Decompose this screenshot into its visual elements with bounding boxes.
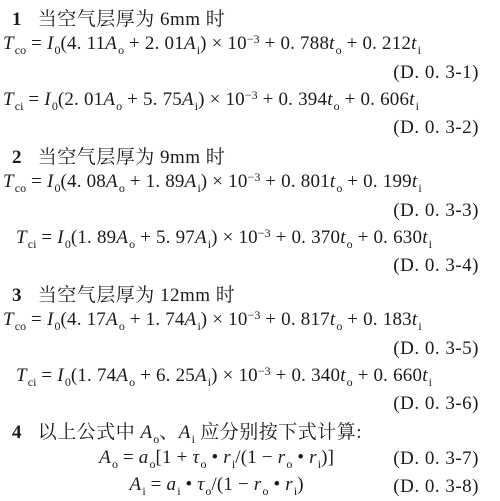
subscript: i [416,99,419,113]
formula-text: (2. 01 [58,89,104,110]
variable: A [106,171,119,192]
section-heading: 2当空气层厚为 9mm 时 [0,142,479,170]
section-heading: 4以上公式中 Ao、Ai 应分别按下式计算: [0,418,479,446]
variable: I [44,89,52,110]
variable: A [116,365,129,386]
formula-text: + 0. 606 [340,89,410,110]
formula-text: + 0. 788 [260,33,330,54]
formula-line: Tci = I0(1. 74Ao + 6. 25Ai) × 10−3 + 0. … [0,363,479,391]
formula-text: + 5. 97 [135,227,195,248]
subscript: co [15,319,26,333]
variable: A [185,171,198,192]
subscript: i [429,375,432,389]
variable: r [285,474,294,495]
variable: I [57,365,65,386]
chinese-text: 、 [159,422,179,443]
formula-line: Tco = I0(4. 08Ao + 1. 89Ai) × 10−3 + 0. … [0,170,479,198]
variable: T [3,33,15,54]
formula-text: ) × 10 [211,365,258,386]
subscript: co [15,43,26,57]
variable: a [167,474,178,495]
formula-text: (4. 11 [60,33,105,54]
variable: A [106,309,119,330]
equation-number: (D. 0. 3-8) [393,476,479,498]
formula-text: ) [297,474,304,495]
formula-text: • [207,447,224,468]
subscript: i [418,319,421,333]
formula: Tci = I0(1. 89Ao + 5. 97Ai) × 10−3 + 0. … [16,226,432,252]
chinese-text: 当空气层厚为 6mm 时 [38,9,226,30]
equation-number: (D. 0. 3-5) [393,338,479,360]
subscript: co [15,181,26,195]
formula-line: Tci = I0(1. 89Ao + 5. 97Ai) × 10−3 + 0. … [0,225,479,253]
formula-text: (4. 17 [60,309,106,330]
superscript: −3 [248,308,261,322]
formula-text: • [181,474,198,495]
formula-text: + 0. 183 [342,309,412,330]
equation-number: (D. 0. 3-7) [393,448,479,470]
formula-text: + 1. 74 [125,309,185,330]
equation-number-line: (D. 0. 3-4) [0,252,479,280]
formula-text: + 0. 817 [260,309,330,330]
formula: Tco = I0(4. 08Ao + 1. 89Ai) × 10−3 + 0. … [3,170,422,196]
formula-text: (4. 08 [60,171,106,192]
variable: A [179,422,192,443]
formula-text: + 0. 660 [353,365,423,386]
formula-text: ) × 10 [201,309,248,330]
heading-text: 4以上公式中 Ao、Ai 应分别按下式计算: [12,417,362,447]
formula-text: )] [321,447,334,468]
subscript: i [429,237,432,251]
formula: Tco = I0(4. 17Ao + 1. 74Ai) × 10−3 + 0. … [3,308,422,334]
equation-number-line: (D. 0. 3-6) [0,390,479,418]
formula-text: = [26,171,47,192]
variable: A [185,309,198,330]
subscript: i [418,181,421,195]
variable: τ [193,447,201,468]
variable: A [116,227,129,248]
section-heading: 1当空气层厚为 6mm 时 [0,4,479,32]
subscript: i [418,43,421,57]
heading-text: 2当空气层厚为 9mm 时 [12,142,225,169]
formula-text: + 6. 25 [135,365,195,386]
formula-text: = [26,33,47,54]
variable: T [16,227,28,248]
formula-text: • [292,447,309,468]
section-number: 2 [12,147,22,168]
variable: A [105,33,118,54]
formula-text: ) × 10 [200,33,247,54]
equation-number: (D. 0. 3-2) [393,117,479,139]
formula-text: = [118,447,139,468]
formula-text: + 1. 89 [125,171,185,192]
equation-number-line: (D. 0. 3-5) [0,335,479,363]
heading-text: 3当空气层厚为 12mm 时 [12,280,235,307]
equation-number: (D. 0. 3-6) [393,393,479,415]
variable: A [184,33,197,54]
formula-text: + 0. 212 [342,33,412,54]
formula: Tci = I0(1. 74Ao + 6. 25Ai) × 10−3 + 0. … [16,364,432,390]
formula: Ao = ao[1 + τo • ri/(1 − ro • ri)] [0,447,393,472]
formula-text: = [26,309,47,330]
formula-text: + 5. 75 [122,89,182,110]
formula-text: ) × 10 [211,227,258,248]
variable: A [99,447,112,468]
formula: Ai = ai • τo/(1 − ro • ri) [0,474,393,499]
formula-text: = [36,365,57,386]
variable: T [3,309,15,330]
formula-line: Tci = I0(2. 01Ao + 5. 75Ai) × 10−3 + 0. … [0,87,479,115]
equation-number: (D. 0. 3-1) [393,62,479,84]
chinese-text: 当空气层厚为 12mm 时 [38,285,236,306]
formula-text: /(1 − [235,447,278,468]
variable: A [140,422,153,443]
variable: A [103,89,116,110]
formula: Tci = I0(2. 01Ao + 5. 75Ai) × 10−3 + 0. … [3,88,419,114]
variable: r [254,474,263,495]
superscript: −3 [248,170,261,184]
section-number: 4 [12,422,22,443]
superscript: −3 [245,88,258,102]
formula-line: Tco = I0(4. 17Ao + 1. 74Ai) × 10−3 + 0. … [0,308,479,336]
variable: r [223,447,232,468]
formula-text: = [23,89,44,110]
variable: T [3,89,15,110]
variable: A [195,365,208,386]
formula-text: /(1 − [211,474,254,495]
formula-text: ) × 10 [201,171,248,192]
superscript: −3 [258,226,271,240]
chinese-text: 以上公式中 [38,422,141,443]
formula-text: [1 + [155,447,192,468]
variable: I [57,227,65,248]
formula-text: + 0. 394 [258,89,328,110]
formula-text: + 0. 801 [260,171,330,192]
formula-text: ) × 10 [198,89,245,110]
variable: A [195,227,208,248]
formula-text: • [269,474,286,495]
formula-text: + 0. 630 [353,227,423,248]
superscript: −3 [247,32,260,46]
formula-text: = [146,474,167,495]
formula-text: + 0. 370 [271,227,341,248]
formula-text: + 2. 01 [124,33,184,54]
formula-text: (1. 74 [71,365,117,386]
variable: A [130,474,143,495]
document-page: 1当空气层厚为 6mm 时Tco = I0(4. 11Ao + 2. 01Ai)… [0,0,500,501]
formula: Tco = I0(4. 11Ao + 2. 01Ai) × 10−3 + 0. … [3,32,421,58]
superscript: −3 [258,364,271,378]
variable: a [139,447,150,468]
equation-number-line: (D. 0. 3-2) [0,114,479,142]
section-heading: 3当空气层厚为 12mm 时 [0,280,479,308]
chinese-text: 当空气层厚为 9mm 时 [38,147,226,168]
section-number: 3 [12,285,22,306]
variable: r [309,447,318,468]
chinese-text: 应分别按下式计算: [195,422,362,443]
section-number: 1 [12,9,22,30]
variable: T [16,365,28,386]
equation-number: (D. 0. 3-4) [393,255,479,277]
equation-number: (D. 0. 3-3) [393,200,479,222]
equation-number-line: (D. 0. 3-1) [0,59,479,87]
formula-with-number-line: Ai = ai • τo/(1 − ro • ri)(D. 0. 3-8) [0,473,479,501]
variable: T [3,171,15,192]
variable: A [182,89,195,110]
equation-number-line: (D. 0. 3-3) [0,197,479,225]
heading-text: 1当空气层厚为 6mm 时 [12,4,225,31]
formula-text: + 0. 199 [342,171,412,192]
formula-line: Tco = I0(4. 11Ao + 2. 01Ai) × 10−3 + 0. … [0,32,479,60]
formula-with-number-line: Ao = ao[1 + τo • ri/(1 − ro • ri)](D. 0.… [0,446,479,474]
formula-text: (1. 89 [71,227,117,248]
formula-text: = [36,227,57,248]
formula-text: + 0. 340 [271,365,341,386]
